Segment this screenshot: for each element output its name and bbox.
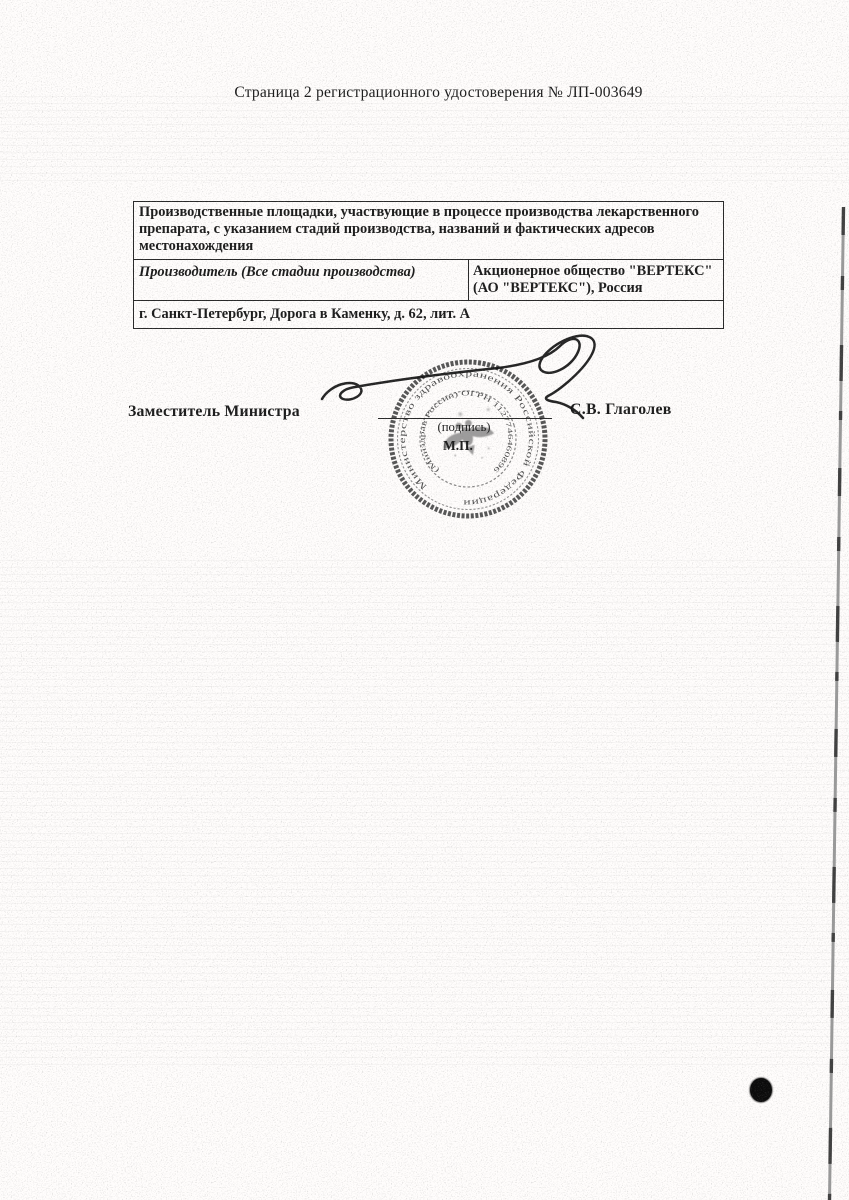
table-header-cell: Производственные площадки, участвующие в… — [134, 202, 723, 260]
address-cell: г. Санкт-Петербург, Дорога в Каменку, д.… — [134, 301, 723, 328]
production-sites-table: Производственные площадки, участвующие в… — [133, 201, 724, 329]
scanned-document-page: Страница 2 регистрационного удостоверени… — [0, 0, 849, 1200]
punch-hole-dot — [750, 1078, 772, 1102]
table-row: Производитель (Все стадии производства) … — [134, 260, 723, 301]
handwritten-signature — [315, 330, 610, 430]
document-content: Страница 2 регистрационного удостоверени… — [0, 0, 849, 1200]
producer-label-cell: Производитель (Все стадии производства) — [134, 260, 469, 300]
page-header-text: Страница 2 регистрационного удостоверени… — [14, 84, 849, 102]
seal-caption: М.П. — [441, 438, 475, 454]
deputy-minister-title: Заместитель Министра — [128, 403, 300, 421]
producer-value-cell: Акционерное общество "ВЕРТЕКС" (АО "ВЕРТ… — [469, 260, 723, 300]
